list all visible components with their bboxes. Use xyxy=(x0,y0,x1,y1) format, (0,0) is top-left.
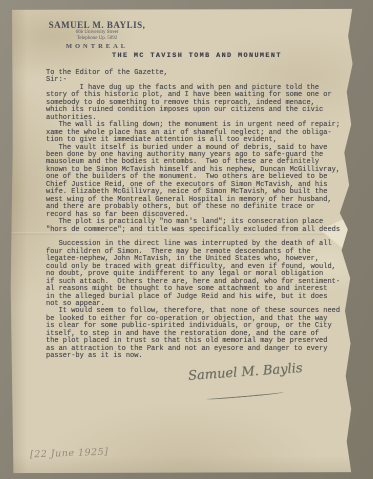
handwritten-signature: Samuel M. Baylis xyxy=(188,359,329,384)
letter-title: THE MC TAVISH TOMB AND MONUMENT xyxy=(112,52,282,60)
letter-body: To the Editor of the Gazette, Sir:- I ha… xyxy=(46,70,348,361)
paragraph-5: Succession in the direct line was interr… xyxy=(46,241,348,308)
pencil-date-note: [22 June 1925] xyxy=(30,447,109,461)
screenshot-root: { "page": { "background": "#8b8678", "pa… xyxy=(0,0,373,479)
letterhead-phone: Telephone Up. 5092 xyxy=(34,36,160,42)
letter-page: SAMUEL M. BAYLIS, 66b University Street … xyxy=(10,8,355,474)
letterhead: SAMUEL M. BAYLIS, 66b University Street … xyxy=(34,20,160,50)
letterhead-name: SAMUEL M. BAYLIS, xyxy=(34,20,160,30)
paragraph-2: The wall is falling down; the monument i… xyxy=(46,122,348,144)
letterhead-city: MONTREAL xyxy=(34,43,160,50)
signature-underline xyxy=(206,391,284,401)
salutation: To the Editor of the Gazette, Sir:- xyxy=(46,70,348,85)
paragraph-6: It would seem to follow, therefore, that… xyxy=(46,308,348,360)
paragraph-1: I have dug up the facts and with pen and… xyxy=(46,85,348,122)
paragraph-3: The vault itself is buried under a mound… xyxy=(46,145,348,220)
paragraph-4: The plot is practically "no man's land";… xyxy=(46,219,348,234)
